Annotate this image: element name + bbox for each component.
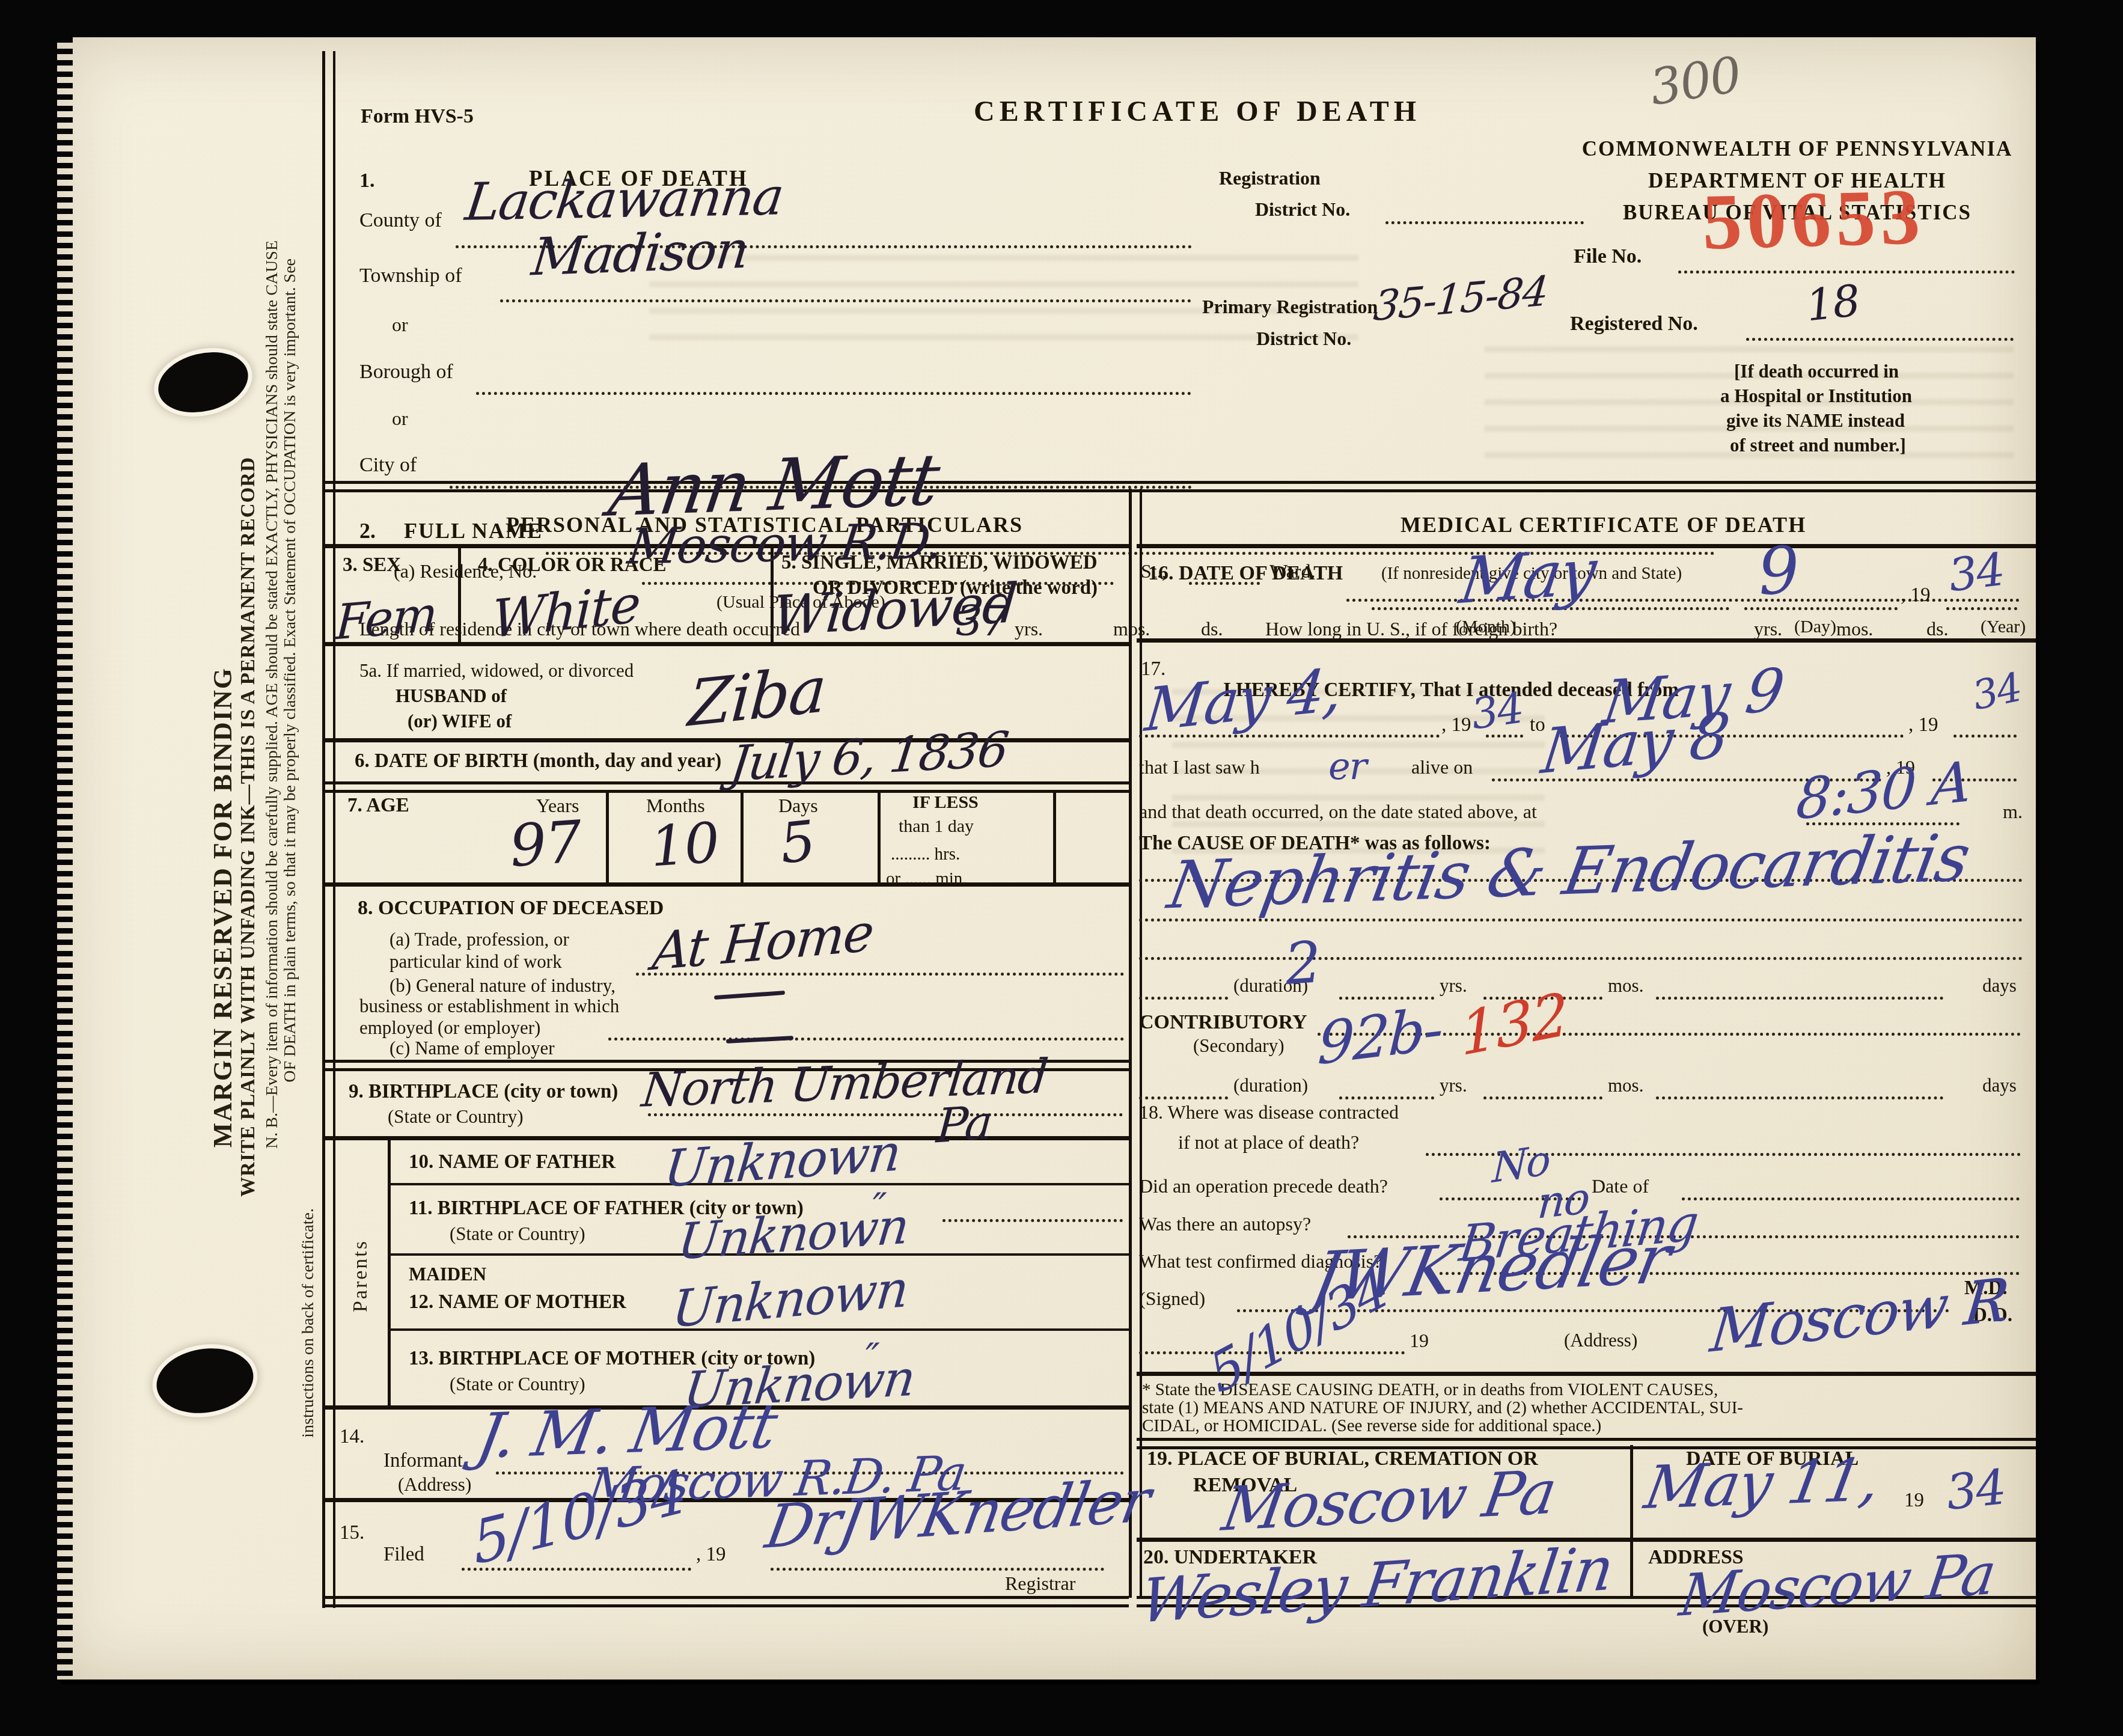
ifless-label-2: than 1 day (899, 816, 974, 837)
birthplace-sub-label: (State or Country) (388, 1106, 524, 1128)
certify-to-label: to (1530, 714, 1545, 736)
footnote-line-2: state (1) MEANS AND NATURE OF INJURY, an… (1142, 1398, 1743, 1418)
husband-label-2: HUSBAND of (396, 685, 507, 707)
signed-19-label: 19 (1410, 1330, 1429, 1352)
ifless-hrs-label: ......... hrs. (891, 845, 960, 864)
margin-binding-note: MARGIN RESERVED FOR BINDING (209, 667, 237, 1148)
borough-label: Borough of (359, 361, 453, 384)
registrar-label: Registrar (1005, 1572, 1075, 1595)
occupation-label: 8. OCCUPATION OF DECEASED (358, 897, 664, 920)
ds-label: ds. (1201, 618, 1223, 640)
certify-19b: , 19 (1908, 714, 1938, 736)
duration2-days-label: days (1982, 1075, 2017, 1096)
date-of-death-label: 16. DATE OF DEATH (1148, 562, 1343, 585)
scanned-death-certificate: MARGIN RESERVED FOR BINDING WRITE PLAINL… (0, 0, 2123, 1736)
burial-date-value: May 11, (1640, 1446, 1884, 1523)
ifless-min-label: or ...... min. (886, 869, 967, 889)
husband-label-1: 5a. If married, widowed, or divorced (359, 660, 634, 682)
yrs2-label: yrs. (1754, 618, 1782, 640)
age-years-value: 97 (507, 808, 583, 880)
footnote-line-3: CIDAL, or HOMICIDAL. (See reverse side f… (1142, 1416, 1601, 1436)
form-left-border (322, 51, 335, 1608)
informant-label: Informant (383, 1450, 463, 1472)
bleed-through-text (649, 245, 1358, 341)
burial-date-year: 34 (1943, 1459, 2008, 1521)
registered-no-value: 18 (1804, 275, 1862, 331)
ds2-label: ds. (1926, 618, 1948, 640)
father-birthplace-sub: (State or Country) (450, 1223, 585, 1245)
registered-no-label: Registered No. (1570, 313, 1698, 335)
margin-nb-note-line1: N. B.—Every item of information should b… (263, 240, 281, 1149)
registered-no-line (1746, 338, 2014, 341)
hospital-note-1: [If death occurred in (1734, 361, 1899, 382)
filed-line-2 (771, 1568, 1104, 1571)
secondary-label: (Secondary) (1193, 1035, 1284, 1057)
form-number: Form HVS-5 (361, 105, 474, 128)
husband-label-3: (or) WIFE of (408, 711, 512, 732)
township-label: Township of (359, 264, 462, 287)
yrs-label: yrs. (1015, 618, 1043, 640)
husband-value: Ziba (686, 652, 828, 741)
ifless-box-left (878, 790, 881, 882)
occupation-b-label-2: business or establishment in which (359, 995, 619, 1017)
duration-mos-label: mos. (1608, 975, 1643, 997)
burial-date-19: 19 (1904, 1490, 1924, 1512)
duration2-line-3 (1656, 1096, 1943, 1099)
page-title: CERTIFICATE OF DEATH (974, 95, 1421, 128)
father-name-label: 10. NAME OF FATHER (409, 1151, 616, 1173)
age-cell-divider-2 (741, 790, 744, 882)
file-no-line (1678, 270, 2015, 274)
primary-registration-label: Primary Registration (1202, 296, 1378, 318)
top-section-divider (322, 481, 2036, 492)
age-cell-divider-1 (606, 790, 609, 882)
dob-row-rule (322, 781, 1129, 793)
registration-district-label: District No. (1255, 198, 1350, 221)
informant-address-label: (Address) (398, 1474, 471, 1496)
occurred-m-label: m. (2003, 801, 2023, 823)
dod-19-label: , 19 (1901, 584, 1931, 607)
margin-nb-note-line2: OF DEATH in plain terms, so that it may … (281, 258, 299, 1083)
occupation-b-line (608, 1038, 1124, 1041)
center-column-divider (1129, 489, 1142, 1598)
age-row-rule (322, 882, 1129, 887)
parents-label: Parents (350, 1239, 371, 1312)
sex-row-rule (322, 642, 1129, 646)
autopsy-label: Was there an autopsy? (1139, 1213, 1311, 1235)
sex-value: Fem (334, 585, 438, 650)
filed-number: 15. (340, 1522, 364, 1544)
attended-to-year: 34 (1969, 664, 2025, 720)
hospital-note-2: a Hospital or Institution (1720, 385, 1912, 407)
dod-month-sub: (Month) (1456, 617, 1516, 637)
occupation-c-label: (c) Name of employer (389, 1038, 555, 1059)
duration2-line-0 (1139, 1096, 1228, 1099)
occurred-label: and that death occurred, on the date sta… (1139, 801, 1537, 823)
birthplace-state-value: Pa (935, 1095, 994, 1154)
or-label-2: or (392, 408, 408, 430)
burial-column-divider (1630, 1445, 1633, 1598)
ifless-box-right (1053, 790, 1056, 882)
primary-district-label: District No. (1256, 328, 1351, 350)
dob-label: 6. DATE OF BIRTH (month, day and year) (355, 750, 721, 772)
duration2-mos-label: mos. (1608, 1075, 1643, 1096)
cause-line-3 (1139, 957, 2023, 960)
registration-label: Registration (1219, 167, 1321, 189)
age-days-value: 5 (777, 808, 817, 876)
marital-value: Widowed (770, 572, 1019, 648)
filed-19-label: , 19 (696, 1544, 726, 1566)
township-line (500, 299, 1191, 302)
duration-value: 2 (1283, 929, 1322, 998)
dod-day-sub: (Day) (1794, 617, 1836, 637)
county-label: County of (359, 209, 442, 232)
sex-label: 3. SEX (343, 554, 401, 576)
ifless-label-1: IF LESS (912, 792, 979, 813)
dod-year-value: 34 (1946, 543, 2006, 602)
margin-nb-note-line3: instructions on back of certificate. (299, 1208, 317, 1438)
duration-line-0 (1139, 997, 1228, 1000)
margin-permanent-record-note: WRITE PLAINLY WITH UNFADING INK—THIS IS … (238, 457, 259, 1197)
occupation-a-label-1: (a) Trade, profession, or (389, 929, 569, 950)
sec1-number: 1. (359, 170, 375, 192)
mos-label: mos. (1113, 618, 1150, 640)
disease-contracted-label-1: 18. Where was disease contracted (1139, 1101, 1399, 1123)
mos2-label: mos. (1836, 618, 1873, 640)
occupation-b-label-1: (b) General nature of industry, (389, 975, 616, 997)
operation-dateof-line (1682, 1197, 2020, 1200)
borough-line (476, 392, 1191, 395)
age-label: 7. AGE (347, 795, 409, 817)
dod-day-value: 9 (1756, 533, 1800, 610)
commonwealth-line: COMMONWEALTH OF PENNSYLVANIA (1527, 137, 2068, 161)
operation-dateof-label: Date of (1592, 1175, 1649, 1197)
torn-binding-edge (57, 37, 73, 1679)
occupation-a-label-2: particular kind of work (389, 951, 562, 973)
mother-name-label: 12. NAME OF MOTHER (409, 1291, 626, 1313)
signed-address-label: (Address) (1564, 1330, 1637, 1351)
maiden-label: MAIDEN (409, 1264, 486, 1285)
township-value: Madison (529, 220, 751, 288)
hospital-note-3: give its NAME instead (1726, 410, 1905, 432)
occupation-b-label-3: employed (or employer) (359, 1017, 540, 1039)
file-no-label: File No. (1574, 245, 1642, 268)
lastsaw-label-1: that I last saw h (1139, 756, 1260, 778)
father-birthplace-line (942, 1219, 1123, 1222)
attended-from-year: 34 (1468, 683, 1526, 739)
duration-days-label: days (1982, 975, 2017, 997)
dod-month-value: May (1456, 534, 1600, 618)
birthplace-label: 9. BIRTHPLACE (city or town) (349, 1081, 618, 1103)
or-label-1: or (392, 314, 408, 336)
informant-number: 14. (340, 1426, 364, 1448)
medical-header: MEDICAL CERTIFICATE OF DEATH (1401, 512, 1806, 537)
dod-year-sub: (Year) (1981, 617, 2026, 637)
hospital-note-4: of street and number.] (1730, 435, 1906, 456)
mother-birthplace-sub: (State or Country) (450, 1374, 585, 1395)
parents-inset-line (388, 1139, 391, 1408)
sec2-number: 2. (359, 518, 376, 543)
operation-label: Did an operation precede death? (1139, 1175, 1388, 1197)
disease-contracted-label-2: if not at place of death? (1178, 1131, 1359, 1154)
signed-label: (Signed) (1139, 1288, 1205, 1310)
dod-year-line (1946, 607, 2017, 610)
certify-19a: , 19 (1441, 714, 1471, 736)
file-number-stamp: 50653 (1701, 170, 1926, 268)
lastsaw-label-2: alive on (1411, 756, 1473, 778)
left-bottom-rule (322, 1596, 1129, 1607)
residence-value: Moscow R.D. (625, 513, 945, 575)
city-label: City of (359, 454, 417, 477)
contributory-label: CONTRIBUTORY (1139, 1011, 1307, 1034)
age-months-value: 10 (648, 810, 720, 879)
duration-yrs-label: yrs. (1440, 975, 1467, 997)
filed-label: Filed (383, 1544, 424, 1566)
certify-19b-line (1953, 735, 2017, 738)
duration2-line-2 (1483, 1096, 1602, 1099)
duration2-yrs-label: yrs. (1440, 1075, 1467, 1096)
duration-line-3 (1656, 997, 1943, 1000)
lastsaw-her-value: er (1328, 744, 1366, 788)
duration2-label: (duration) (1233, 1075, 1308, 1096)
duration2-line-1 (1339, 1096, 1434, 1099)
